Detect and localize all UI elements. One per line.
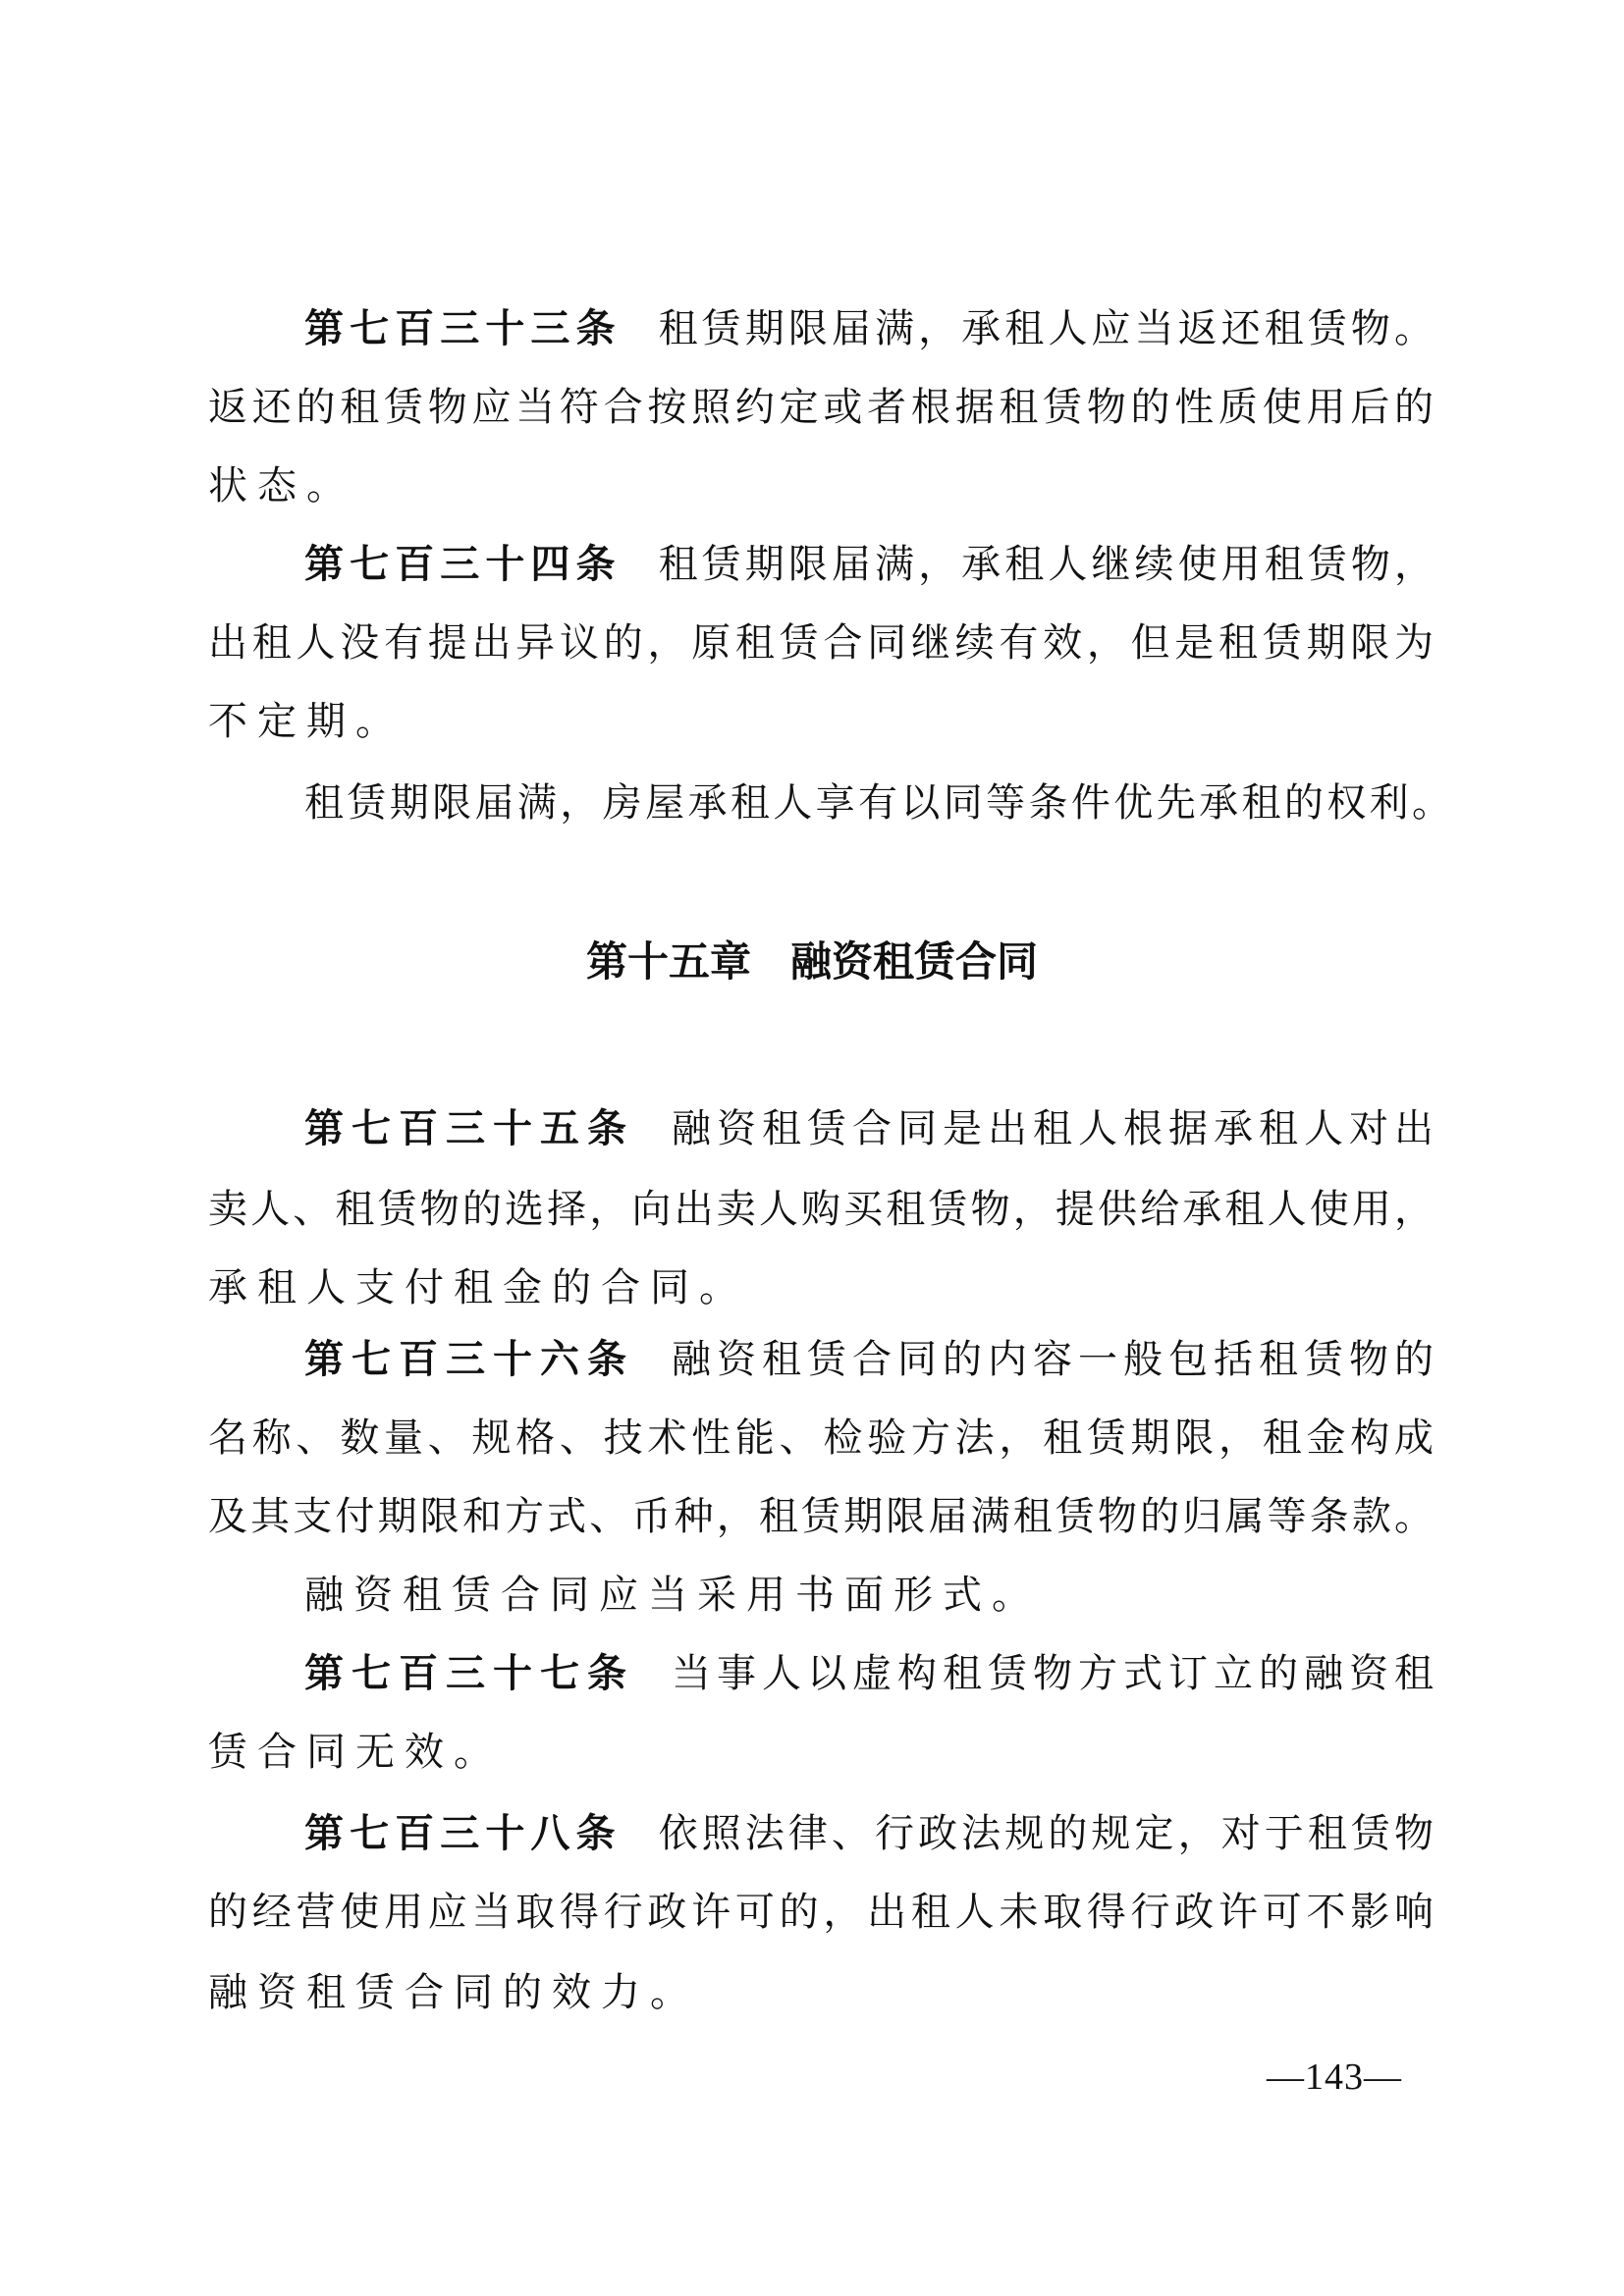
article-text: 当事人以虚构租赁物方式订立的融资租 (672, 1651, 1434, 1696)
page-number: —143— (1267, 2050, 1402, 2105)
article-736-line-3: 及其支付期限和方式、币种，租赁期限届满租赁物的归属等条款。 (208, 1487, 1434, 1546)
article-735-line-3: 承租人支付租金的合同。 (208, 1258, 1434, 1317)
article-text: 依照法律、行政法规的规定，对于租赁物 (659, 1811, 1434, 1856)
article-736-paragraph-2: 融资租赁合同应当采用书面形式。 (304, 1566, 1434, 1625)
article-number: 第七百三十三条 (304, 306, 622, 351)
article-735-line-1: 第七百三十五条融资租赁合同是出租人根据承租人对出 (304, 1099, 1434, 1158)
article-738-line-3: 融资租赁合同的效力。 (208, 1963, 1434, 2022)
article-text: 融资租赁合同是出租人根据承租人对出 (672, 1106, 1434, 1151)
article-737-line-1: 第七百三十七条当事人以虚构租赁物方式订立的融资租 (304, 1644, 1434, 1703)
article-733-line-2: 返还的租赁物应当符合按照约定或者根据租赁物的性质使用后的 (208, 378, 1434, 437)
article-734-line-3: 不定期。 (208, 692, 1434, 751)
document-page: 第七百三十三条租赁期限届满，承租人应当返还租赁物。 返还的租赁物应当符合按照约定… (0, 0, 1624, 2296)
article-text: 租赁期限届满，承租人继续使用租赁物， (659, 542, 1434, 587)
article-734-line-2: 出租人没有提出异议的，原租赁合同继续有效，但是租赁期限为 (208, 614, 1434, 672)
article-733-line-3: 状态。 (208, 456, 1434, 515)
chapter-heading: 第十五章融资租赁合同 (0, 933, 1624, 991)
article-735-line-2: 卖人、租赁物的选择，向出卖人购买租赁物，提供给承租人使用， (208, 1180, 1434, 1239)
article-738-line-2: 的经营使用应当取得行政许可的，出租人未取得行政许可不影响 (208, 1883, 1434, 1942)
article-734-line-1: 第七百三十四条租赁期限届满，承租人继续使用租赁物， (304, 535, 1434, 594)
article-number: 第七百三十七条 (304, 1651, 634, 1696)
article-number: 第七百三十五条 (304, 1106, 634, 1151)
chapter-title: 融资租赁合同 (790, 937, 1038, 986)
article-number: 第七百三十八条 (304, 1811, 622, 1856)
article-734-paragraph-2: 租赁期限届满，房屋承租人享有以同等条件优先承租的权利。 (304, 774, 1451, 832)
article-text: 租赁期限届满，承租人应当返还租赁物。 (659, 306, 1434, 351)
article-733-line-1: 第七百三十三条租赁期限届满，承租人应当返还租赁物。 (304, 299, 1434, 358)
chapter-number: 第十五章 (586, 937, 751, 986)
article-number: 第七百三十六条 (304, 1337, 634, 1382)
article-736-line-1: 第七百三十六条融资租赁合同的内容一般包括租赁物的 (304, 1330, 1434, 1389)
article-number: 第七百三十四条 (304, 542, 622, 587)
article-737-line-2: 赁合同无效。 (208, 1723, 1434, 1782)
article-text: 融资租赁合同的内容一般包括租赁物的 (672, 1337, 1434, 1382)
article-736-line-2: 名称、数量、规格、技术性能、检验方法，租赁期限，租金构成 (208, 1409, 1434, 1468)
article-738-line-1: 第七百三十八条依照法律、行政法规的规定，对于租赁物 (304, 1804, 1434, 1863)
